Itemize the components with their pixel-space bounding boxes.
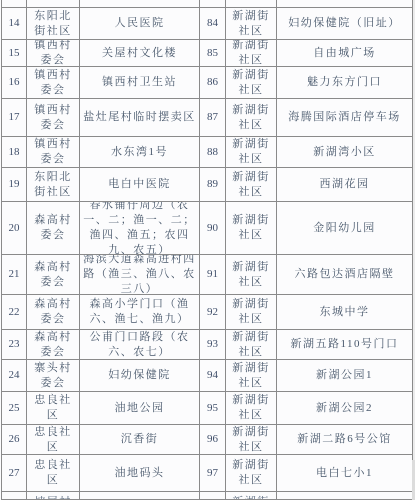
row-number-cell: 94	[200, 360, 226, 392]
table-row: 坡尾村委新湖街社	[2, 492, 413, 500]
community-cell: 新湖街社区	[226, 168, 277, 202]
row-number-cell: 22	[2, 295, 27, 330]
table-row: 22森高村委会森高小学门口（渔六、渔七、渔九）92新湖街社区东城中学	[2, 295, 413, 330]
row-number-cell: 93	[200, 330, 226, 360]
row-number-cell: 14	[2, 8, 27, 40]
row-number-cell: 84	[200, 8, 226, 40]
location-cell: 东城中学	[277, 295, 413, 330]
community-cell: 森高村委会	[27, 295, 80, 330]
location-cell: 魅力东方门口	[277, 67, 413, 99]
community-cell: 忠良社区	[27, 455, 80, 492]
row-number-cell: 90	[200, 202, 226, 255]
table-row: 27忠良社区油地码头97新湖街社区电白七小1	[2, 455, 413, 492]
location-cell	[80, 492, 200, 500]
location-cell: 新湖五路110号门口	[277, 330, 413, 360]
community-cell: 忠良社区	[27, 392, 80, 425]
table-row: 23森高村委会公甫门口路段（农六、农七）93新湖街社区新湖五路110号门口	[2, 330, 413, 360]
location-cell: 西湖花园	[277, 168, 413, 202]
location-cell: 海滨大道森高进村四路（渔三、渔八、农三八）	[80, 255, 200, 295]
row-number-cell: 19	[2, 168, 27, 202]
location-cell: 妇幼保健院（旧址）	[277, 8, 413, 40]
location-cell	[277, 0, 413, 8]
location-cell: 电白七小1	[277, 455, 413, 492]
location-cell: 自由城广场	[277, 40, 413, 67]
location-cell	[80, 0, 200, 8]
community-cell: 新湖街社区	[226, 392, 277, 425]
community-cell: 新湖街社区	[226, 330, 277, 360]
location-cell: 新湖湾小区	[277, 137, 413, 168]
row-number-cell: 87	[200, 99, 226, 137]
row-number-cell	[200, 492, 226, 500]
community-cell: 森高村委会	[27, 255, 80, 295]
location-cell: 公甫门口路段（农六、农七）	[80, 330, 200, 360]
table-row	[2, 0, 413, 8]
row-number-cell	[2, 492, 27, 500]
table-row: 21森高村委会海滨大道森高进村四路（渔三、渔八、农三八）91新湖街社区六路包达酒…	[2, 255, 413, 295]
community-cell: 镇西村委会	[27, 67, 80, 99]
table-row: 18镇西村委会水东湾1号88新湖街社区新湖湾小区	[2, 137, 413, 168]
community-cell: 新湖街社区	[226, 8, 277, 40]
row-number-cell: 15	[2, 40, 27, 67]
community-cell: 新湖街社区	[226, 67, 277, 99]
community-cell: 忠良社区	[27, 425, 80, 455]
table-row: 20森高村委会春水铺仔周边（农一、二；渔一、二；渔四、渔五；农四九、农五）90新…	[2, 202, 413, 255]
location-cell: 油地公园	[80, 392, 200, 425]
community-cell: 新湖街社区	[226, 455, 277, 492]
sampling-points-table: 14东阳北街社区人民医院84新湖街社区妇幼保健院（旧址）15镇西村委会关屋村文化…	[1, 0, 413, 500]
row-number-cell: 21	[2, 255, 27, 295]
community-cell: 东阳北街社区	[27, 168, 80, 202]
location-cell: 六路包达酒店隔壁	[277, 255, 413, 295]
row-number-cell: 20	[2, 202, 27, 255]
row-number-cell: 95	[200, 392, 226, 425]
community-cell: 新湖街社区	[226, 425, 277, 455]
table-row: 24寨头村委会妇幼保健院94新湖街社区新湖公园1	[2, 360, 413, 392]
location-cell: 沉香街	[80, 425, 200, 455]
location-cell: 新湖公园1	[277, 360, 413, 392]
row-number-cell: 92	[200, 295, 226, 330]
table-row: 19东阳北街社区电白中医院89新湖街社区西湖花园	[2, 168, 413, 202]
row-number-cell: 97	[200, 455, 226, 492]
community-cell: 镇西村委会	[27, 137, 80, 168]
community-cell: 坡尾村委	[27, 492, 80, 500]
community-cell: 新湖街社区	[226, 99, 277, 137]
table-row: 16镇西村委会镇西村卫生站86新湖街社区魅力东方门口	[2, 67, 413, 99]
row-number-cell: 16	[2, 67, 27, 99]
scanned-document-page: 14东阳北街社区人民医院84新湖街社区妇幼保健院（旧址）15镇西村委会关屋村文化…	[0, 0, 415, 500]
row-number-cell: 24	[2, 360, 27, 392]
row-number-cell	[2, 0, 27, 8]
community-cell: 新湖街社区	[226, 360, 277, 392]
community-cell	[27, 0, 80, 8]
community-cell: 新湖街社区	[226, 295, 277, 330]
location-cell: 妇幼保健院	[80, 360, 200, 392]
row-number-cell: 91	[200, 255, 226, 295]
row-number-cell: 86	[200, 67, 226, 99]
row-number-cell: 26	[2, 425, 27, 455]
row-number-cell: 25	[2, 392, 27, 425]
location-cell: 关屋村文化楼	[80, 40, 200, 67]
location-cell: 人民医院	[80, 8, 200, 40]
row-number-cell: 88	[200, 137, 226, 168]
location-cell: 森高小学门口（渔六、渔七、渔九）	[80, 295, 200, 330]
location-cell: 海腾国际酒店停车场	[277, 99, 413, 137]
location-cell: 水东湾1号	[80, 137, 200, 168]
row-number-cell	[200, 0, 226, 8]
table-row: 17镇西村委会盐灶尾村临时摆卖区87新湖街社区海腾国际酒店停车场	[2, 99, 413, 137]
community-cell: 新湖街社	[226, 492, 277, 500]
location-cell: 油地码头	[80, 455, 200, 492]
location-cell: 金阳幼儿园	[277, 202, 413, 255]
community-cell: 新湖街社区	[226, 40, 277, 67]
location-cell: 盐灶尾村临时摆卖区	[80, 99, 200, 137]
community-cell: 新湖街社区	[226, 255, 277, 295]
community-cell: 森高村委会	[27, 202, 80, 255]
community-cell: 新湖街社区	[226, 202, 277, 255]
community-cell: 东阳北街社区	[27, 8, 80, 40]
community-cell: 新湖街社区	[226, 137, 277, 168]
row-number-cell: 85	[200, 40, 226, 67]
table-row: 15镇西村委会关屋村文化楼85新湖街社区自由城广场	[2, 40, 413, 67]
community-cell: 森高村委会	[27, 330, 80, 360]
row-number-cell: 27	[2, 455, 27, 492]
community-cell: 寨头村委会	[27, 360, 80, 392]
table-row: 26忠良社区沉香街96新湖街社区新湖二路6号公馆	[2, 425, 413, 455]
row-number-cell: 23	[2, 330, 27, 360]
table-row: 25忠良社区油地公园95新湖街社区新湖公园2	[2, 392, 413, 425]
row-number-cell: 18	[2, 137, 27, 168]
location-cell: 电白中医院	[80, 168, 200, 202]
location-cell: 新湖公园2	[277, 392, 413, 425]
row-number-cell: 17	[2, 99, 27, 137]
location-cell: 春水铺仔周边（农一、二；渔一、二；渔四、渔五；农四九、农五）	[80, 202, 200, 255]
row-number-cell: 96	[200, 425, 226, 455]
table-row: 14东阳北街社区人民医院84新湖街社区妇幼保健院（旧址）	[2, 8, 413, 40]
location-cell: 镇西村卫生站	[80, 67, 200, 99]
location-cell: 新湖二路6号公馆	[277, 425, 413, 455]
row-number-cell: 89	[200, 168, 226, 202]
location-cell	[277, 492, 413, 500]
community-cell	[226, 0, 277, 8]
community-cell: 镇西村委会	[27, 40, 80, 67]
community-cell: 镇西村委会	[27, 99, 80, 137]
